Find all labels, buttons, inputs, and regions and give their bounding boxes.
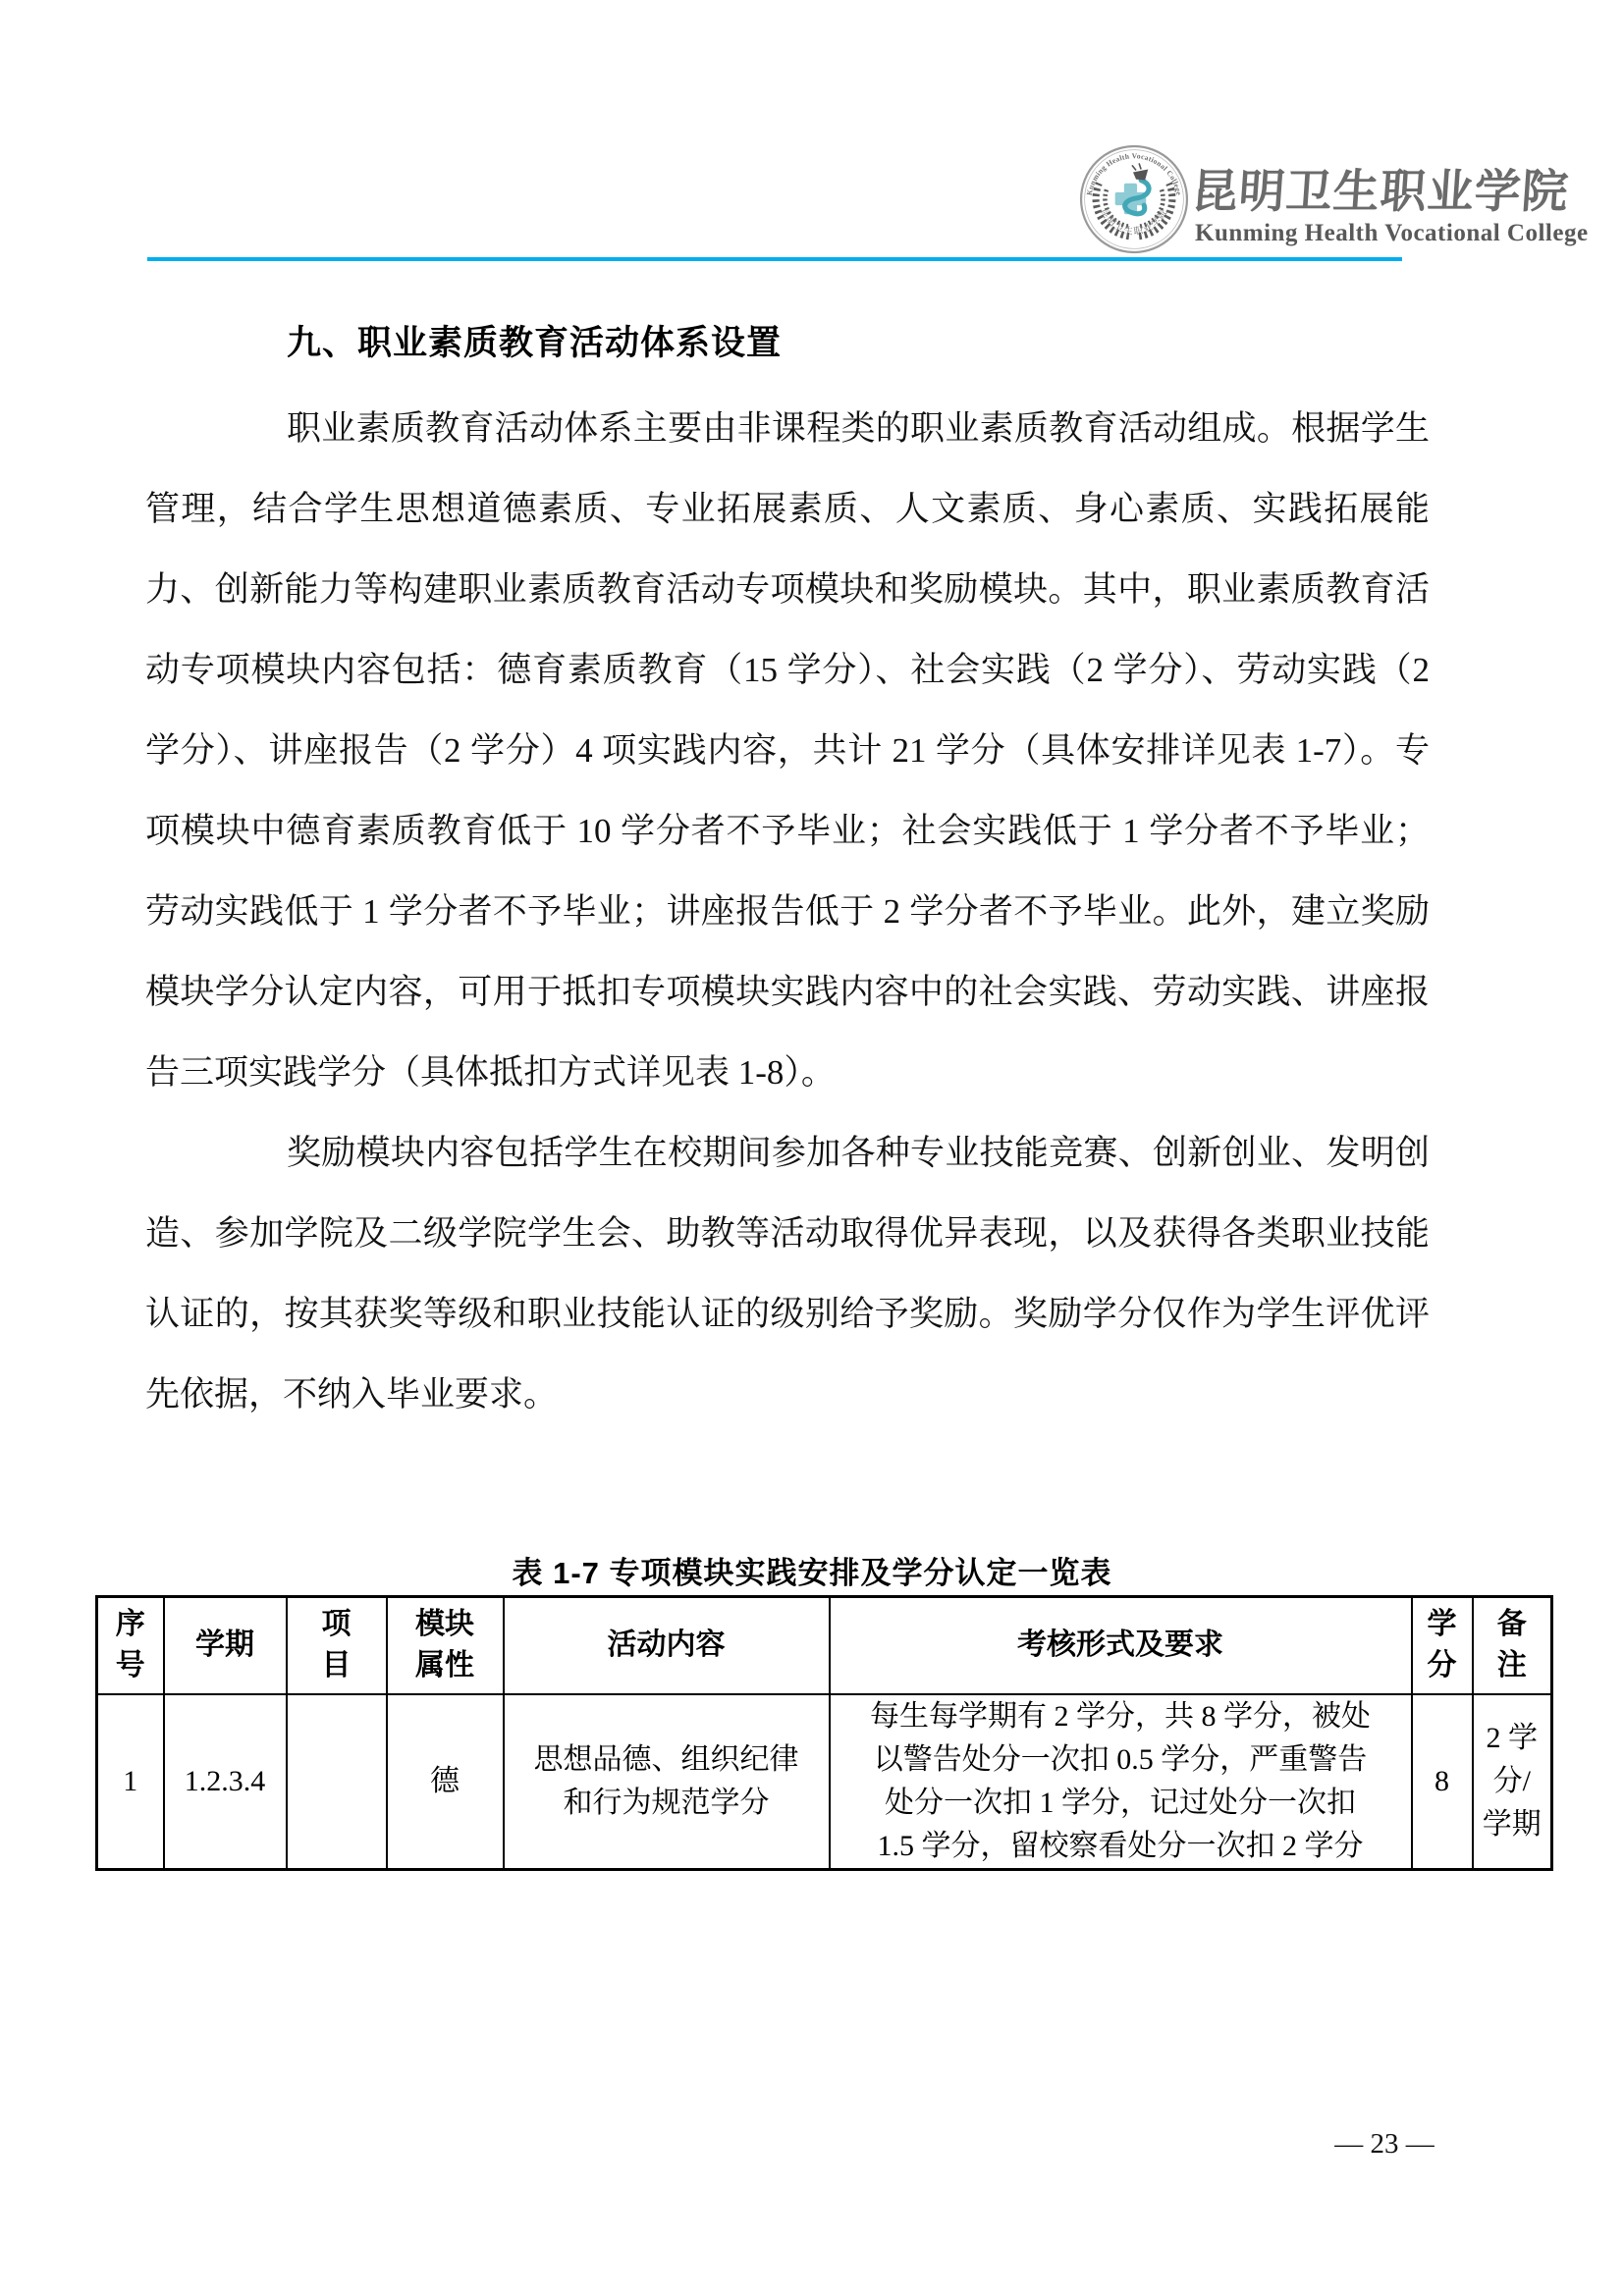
- col-header-semester: 学期: [164, 1597, 287, 1694]
- col-header-module-attr: 模块 属性: [387, 1597, 504, 1694]
- document-page: Kunming Health Vocational College 昆明卫生职业…: [0, 0, 1624, 2296]
- cell-module: 德: [387, 1694, 504, 1870]
- table-row: 1 1.2.3.4 德 思想品德、组织纪律 和行为规范学分 每生每学期有 2 学…: [97, 1694, 1552, 1870]
- college-name-zh: 昆明卫生职业学院: [1190, 155, 1548, 220]
- cell-seq: 1: [97, 1694, 164, 1870]
- col-header-assessment: 考核形式及要求: [830, 1597, 1412, 1694]
- cell-assessment: 每生每学期有 2 学分，共 8 学分，被处 以警告处分一次扣 0.5 学分，严重…: [830, 1694, 1412, 1870]
- col-header-activity: 活动内容: [504, 1597, 830, 1694]
- col-header-project: 项 目: [287, 1597, 387, 1694]
- col-header-credits: 学 分: [1412, 1597, 1473, 1694]
- section-heading: 九、职业素质教育活动体系设置: [287, 316, 782, 365]
- college-seal-logo: Kunming Health Vocational College 昆明卫生职业…: [1078, 143, 1190, 255]
- page-number: — 23 —: [1296, 2128, 1473, 2161]
- credits-table: 序 号 学期 项 目 模块 属性 活动内容 考核形式及要求 学 分 备 注 1 …: [95, 1595, 1553, 1871]
- table-header-row: 序 号 学期 项 目 模块 属性 活动内容 考核形式及要求 学 分 备 注: [97, 1597, 1552, 1694]
- paragraph-special-modules: 职业素质教育活动体系主要由非课程类的职业素质教育活动组成。根据学生管理，结合学生…: [145, 389, 1430, 1113]
- cell-remark: 2 学 分/ 学期: [1473, 1694, 1552, 1870]
- paragraph-reward-module: 奖励模块内容包括学生在校期间参加各种专业技能竞赛、创新创业、发明创造、参加学院及…: [145, 1113, 1430, 1435]
- body-text: 职业素质教育活动体系主要由非课程类的职业素质教育活动组成。根据学生管理，结合学生…: [145, 389, 1430, 1435]
- cell-project: [287, 1694, 387, 1870]
- college-name-en: Kunming Health Vocational College: [1195, 220, 1548, 247]
- cell-activity: 思想品德、组织纪律 和行为规范学分: [504, 1694, 830, 1870]
- header-divider-rule: [147, 257, 1402, 261]
- col-header-seq: 序 号: [97, 1597, 164, 1694]
- table-title: 表 1-7 专项模块实践安排及学分认定一览表: [0, 1548, 1624, 1592]
- col-header-remark: 备 注: [1473, 1597, 1552, 1694]
- cell-semester: 1.2.3.4: [164, 1694, 287, 1870]
- cell-credits: 8: [1412, 1694, 1473, 1870]
